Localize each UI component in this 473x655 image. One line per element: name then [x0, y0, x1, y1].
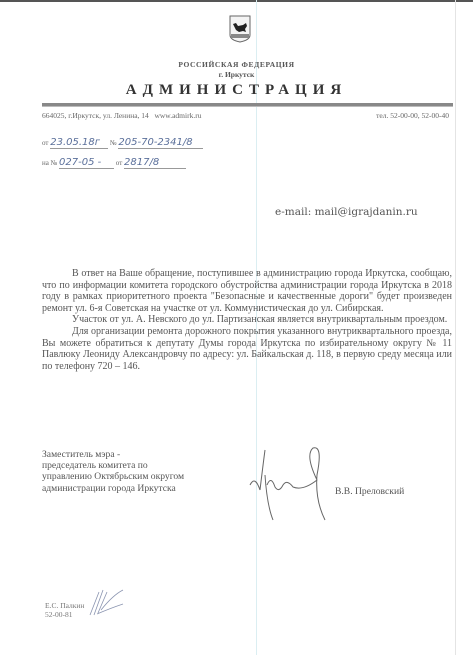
paragraph: Для организации ремонта дорожного покрыт… [42, 326, 452, 372]
signatory-name: В.В. Преловский [335, 486, 404, 497]
top-border [0, 0, 473, 2]
address-line: 664025, г.Иркутск, ул. Ленина, 14 www.ad… [42, 111, 201, 120]
federation-label: РОССИЙСКАЯ ФЕДЕРАЦИЯ [0, 60, 473, 69]
signatory-title: Заместитель мэра - председатель комитета… [42, 449, 184, 494]
registration-line: от 23.05.18г № 205-70-2341/8 [42, 137, 203, 149]
header-divider [42, 103, 453, 107]
reply-number: 027-05 - [59, 157, 114, 169]
from-label: от [42, 139, 48, 147]
executor-name: Е.С. Палкин [45, 601, 84, 610]
organization-title: АДМИНИСТРАЦИЯ [0, 82, 473, 99]
title-line: Заместитель мэра - [42, 449, 184, 460]
handwritten-signature-icon [245, 445, 335, 530]
registration-date: 23.05.18г [50, 137, 108, 149]
registration-number: 205-70-2341/8 [118, 137, 203, 149]
executor-block: Е.С. Палкин 52-00-81 [45, 601, 84, 619]
reply-label: на № [42, 159, 57, 167]
phone-line: тел. 52-00-00, 52-00-40 [376, 111, 449, 120]
city-label: г. Иркутск [0, 70, 473, 79]
reply-line: на № 027-05 - от 2817/8 [42, 157, 186, 169]
title-line: администрации города Иркутска [42, 483, 184, 494]
address: 664025, г.Иркутск, ул. Ленина, 14 [42, 111, 149, 120]
reply-from-label: от [116, 159, 122, 167]
recipient-email: e-mail: mail@igrajdanin.ru [275, 206, 418, 218]
reply-date: 2817/8 [124, 157, 186, 169]
letter-body: В ответ на Ваше обращение, поступившее в… [42, 268, 452, 372]
handwritten-initials-icon [85, 580, 125, 620]
number-label: № [110, 139, 117, 147]
irkutsk-coat-of-arms-icon [229, 15, 251, 43]
title-line: управлению Октябрьским округом [42, 471, 184, 482]
title-line: председатель комитета по [42, 460, 184, 471]
paragraph: В ответ на Ваше обращение, поступившее в… [42, 268, 452, 314]
paragraph: Участок от ул. А. Невского до ул. Партиз… [42, 314, 452, 326]
website-link[interactable]: www.admirk.ru [154, 111, 201, 120]
executor-phone: 52-00-81 [45, 610, 84, 619]
